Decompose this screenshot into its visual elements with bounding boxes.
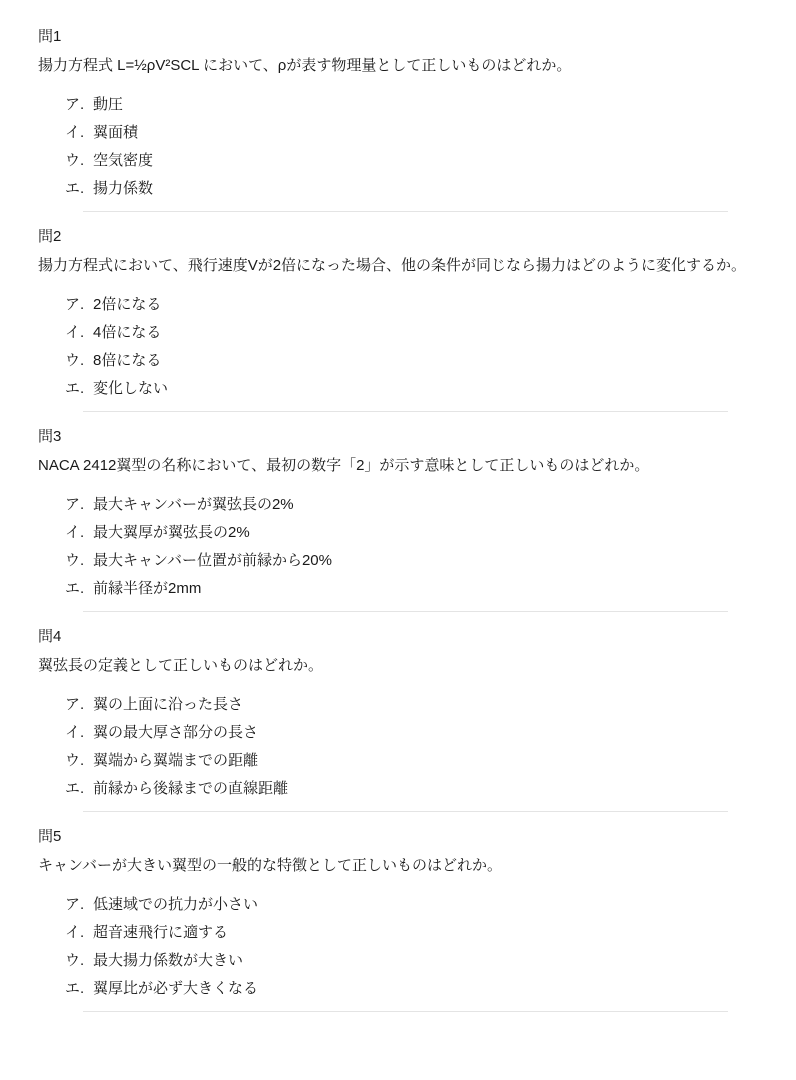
option-label: イ.: [65, 723, 93, 743]
option-label: ア.: [65, 495, 93, 515]
option-row: エ. 揚力係数: [65, 179, 756, 199]
options-list: ア. 2倍になる イ. 4倍になる ウ. 8倍になる エ. 変化しない: [65, 295, 756, 399]
question-text: 翼弦長の定義として正しいものはどれか。: [38, 655, 756, 676]
option-label: ア.: [65, 695, 93, 715]
option-text: 前縁半径が2mm: [93, 579, 201, 599]
option-row: ア. 動圧: [65, 95, 756, 115]
questions-list: 問1 揚力方程式 L=½ρV²SCL において、ρが表す物理量として正しいものは…: [38, 27, 756, 1012]
option-text: 空気密度: [93, 151, 153, 171]
option-label: エ.: [65, 379, 93, 399]
option-row: エ. 変化しない: [65, 379, 756, 399]
option-row: イ. 翼面積: [65, 123, 756, 143]
option-label: ウ.: [65, 151, 93, 171]
option-label: ウ.: [65, 351, 93, 371]
option-text: 最大揚力係数が大きい: [93, 951, 243, 971]
option-row: ア. 最大キャンバーが翼弦長の2%: [65, 495, 756, 515]
option-row: エ. 前縁半径が2mm: [65, 579, 756, 599]
option-text: 翼面積: [93, 123, 138, 143]
quiz-page: 問1 揚力方程式 L=½ρV²SCL において、ρが表す物理量として正しいものは…: [0, 0, 796, 1012]
option-label: イ.: [65, 323, 93, 343]
option-label: ア.: [65, 295, 93, 315]
option-row: エ. 前縁から後縁までの直線距離: [65, 779, 756, 799]
question-divider: [83, 611, 728, 612]
option-row: ウ. 最大キャンバー位置が前縁から20%: [65, 551, 756, 571]
question-text: キャンバーが大きい翼型の一般的な特徴として正しいものはどれか。: [38, 855, 756, 876]
question-divider: [83, 211, 728, 212]
question-text: NACA 2412翼型の名称において、最初の数字「2」が示す意味として正しいもの…: [38, 455, 756, 476]
option-row: ア. 翼の上面に沿った長さ: [65, 695, 756, 715]
option-text: 翼の最大厚さ部分の長さ: [93, 723, 258, 743]
option-label: エ.: [65, 179, 93, 199]
option-row: ウ. 空気密度: [65, 151, 756, 171]
option-label: エ.: [65, 979, 93, 999]
option-text: 4倍になる: [93, 323, 161, 343]
option-label: ウ.: [65, 951, 93, 971]
options-list: ア. 低速域での抗力が小さい イ. 超音速飛行に適する ウ. 最大揚力係数が大き…: [65, 895, 756, 999]
question-number: 問2: [38, 227, 756, 247]
options-list: ア. 翼の上面に沿った長さ イ. 翼の最大厚さ部分の長さ ウ. 翼端から翼端まで…: [65, 695, 756, 799]
option-row: イ. 翼の最大厚さ部分の長さ: [65, 723, 756, 743]
question-number: 問1: [38, 27, 756, 47]
option-row: ア. 低速域での抗力が小さい: [65, 895, 756, 915]
option-row: ア. 2倍になる: [65, 295, 756, 315]
question-divider: [83, 411, 728, 412]
option-label: ウ.: [65, 551, 93, 571]
option-text: 揚力係数: [93, 179, 153, 199]
question-number: 問5: [38, 827, 756, 847]
question-block: 問5 キャンバーが大きい翼型の一般的な特徴として正しいものはどれか。 ア. 低速…: [38, 827, 756, 1012]
question-number: 問4: [38, 627, 756, 647]
option-label: イ.: [65, 123, 93, 143]
option-label: イ.: [65, 523, 93, 543]
question-block: 問1 揚力方程式 L=½ρV²SCL において、ρが表す物理量として正しいものは…: [38, 27, 756, 212]
question-text: 揚力方程式 L=½ρV²SCL において、ρが表す物理量として正しいものはどれか…: [38, 55, 756, 76]
option-text: 最大翼厚が翼弦長の2%: [93, 523, 250, 543]
option-text: 低速域での抗力が小さい: [93, 895, 258, 915]
option-label: ア.: [65, 895, 93, 915]
option-label: ウ.: [65, 751, 93, 771]
option-text: 最大キャンバー位置が前縁から20%: [93, 551, 332, 571]
question-block: 問4 翼弦長の定義として正しいものはどれか。 ア. 翼の上面に沿った長さ イ. …: [38, 627, 756, 812]
option-label: イ.: [65, 923, 93, 943]
option-text: 2倍になる: [93, 295, 161, 315]
options-list: ア. 動圧 イ. 翼面積 ウ. 空気密度 エ. 揚力係数: [65, 95, 756, 199]
option-text: 変化しない: [93, 379, 168, 399]
option-text: 動圧: [93, 95, 123, 115]
option-row: ウ. 翼端から翼端までの距離: [65, 751, 756, 771]
option-row: イ. 4倍になる: [65, 323, 756, 343]
option-text: 8倍になる: [93, 351, 161, 371]
question-block: 問3 NACA 2412翼型の名称において、最初の数字「2」が示す意味として正し…: [38, 427, 756, 612]
options-list: ア. 最大キャンバーが翼弦長の2% イ. 最大翼厚が翼弦長の2% ウ. 最大キャ…: [65, 495, 756, 599]
question-divider: [83, 1011, 728, 1012]
option-label: エ.: [65, 779, 93, 799]
option-row: イ. 超音速飛行に適する: [65, 923, 756, 943]
option-text: 前縁から後縁までの直線距離: [93, 779, 288, 799]
option-text: 最大キャンバーが翼弦長の2%: [93, 495, 294, 515]
question-divider: [83, 811, 728, 812]
option-text: 超音速飛行に適する: [93, 923, 228, 943]
question-text: 揚力方程式において、飛行速度Vが2倍になった場合、他の条件が同じなら揚力はどのよ…: [38, 255, 756, 276]
option-label: エ.: [65, 579, 93, 599]
option-row: エ. 翼厚比が必ず大きくなる: [65, 979, 756, 999]
option-row: ウ. 8倍になる: [65, 351, 756, 371]
question-number: 問3: [38, 427, 756, 447]
option-row: ウ. 最大揚力係数が大きい: [65, 951, 756, 971]
option-text: 翼端から翼端までの距離: [93, 751, 258, 771]
option-row: イ. 最大翼厚が翼弦長の2%: [65, 523, 756, 543]
option-text: 翼の上面に沿った長さ: [93, 695, 243, 715]
option-label: ア.: [65, 95, 93, 115]
question-block: 問2 揚力方程式において、飛行速度Vが2倍になった場合、他の条件が同じなら揚力は…: [38, 227, 756, 412]
option-text: 翼厚比が必ず大きくなる: [93, 979, 258, 999]
